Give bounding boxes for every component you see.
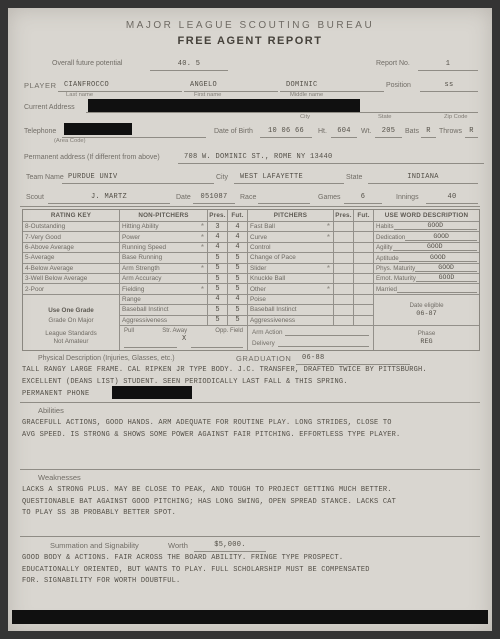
team-city-label: City: [216, 174, 228, 181]
word-description-cell: AgilityGOOD: [374, 243, 479, 253]
telephone-label: Telephone: [24, 128, 56, 135]
word-description-cell: Phys. MaturityGOOD: [374, 264, 479, 274]
ofp-label: Overall future potential: [52, 60, 122, 67]
arm-action-label: Arm Action: [252, 329, 282, 336]
present-grade-cell: 5: [208, 264, 228, 274]
ofp-row: Overall future potential 40. 5 Report No…: [8, 58, 492, 71]
word-description-value: GOOD: [416, 274, 477, 282]
non-pitcher-skill-cell: Baseball Instinct: [120, 305, 208, 315]
pitcher-skill-cell: Knuckle Ball: [248, 274, 334, 284]
permanent-address-row: Permanent address (If different from abo…: [8, 152, 492, 165]
team-name-value: PURDUE UNIV: [62, 172, 214, 184]
skill-label: Arm Accuracy: [122, 275, 161, 282]
word-description-label: Dedication: [376, 234, 405, 241]
games-label: Games: [318, 194, 341, 201]
throws-label: Throws: [439, 128, 462, 135]
word-description-label: Habits: [376, 223, 394, 230]
height-value: 604: [331, 126, 357, 138]
report-page: MAJOR LEAGUE SCOUTING BUREAU FREE AGENT …: [8, 8, 492, 631]
divider-above-table: [20, 206, 480, 207]
scan-background: { "header": { "bureau": "MAJOR LEAGUE SC…: [0, 0, 500, 639]
weight-label: Wt.: [361, 128, 372, 135]
pitcher-future-grade-cell: [354, 316, 374, 326]
zip-caption: Zip Code: [444, 114, 468, 120]
league-standards-label: League Standards: [45, 330, 96, 338]
ratings-header-cell: RATING KEY: [23, 210, 120, 222]
throws-value: R: [465, 126, 478, 138]
word-description-value: [397, 285, 477, 293]
future-grade-cell: 5: [228, 274, 248, 284]
skill-label: Fast Ball: [250, 223, 275, 230]
key-category-star-icon: *: [327, 285, 331, 294]
pitcher-skill-cell: Slider*: [248, 264, 334, 274]
area-code-caption: (Area Code): [54, 138, 86, 144]
ratings-table: RATING KEYNON-PITCHERSPres.Fut.PITCHERSP…: [22, 209, 480, 351]
current-address-redaction: [88, 99, 360, 112]
graduation-value: 06-88: [296, 353, 410, 365]
team-row: Team Name PURDUE UNIV City WEST LAFAYETT…: [8, 172, 492, 185]
pitcher-future-grade-cell: [354, 274, 374, 284]
pitcher-future-grade-cell: [354, 284, 374, 294]
present-grade-cell: 4: [208, 232, 228, 242]
rating-key-cell: 8-Outstanding: [23, 222, 120, 232]
weaknesses-label: Weaknesses: [38, 473, 81, 482]
pitcher-present-grade-cell: [334, 264, 354, 274]
pitcher-present-grade-cell: [334, 253, 354, 263]
batting-underlines: [124, 344, 243, 348]
skill-label: Running Speed: [122, 244, 166, 251]
physical-text: TALL RANGY LARGE FRAME. CAL RIPKEN JR TY…: [22, 365, 480, 388]
city-caption: City: [300, 114, 310, 120]
rating-key-cell: 2-Poor: [23, 284, 120, 294]
abilities-text: GRACEFULL ACTIONS, GOOD HANDS. ARM ADEQU…: [22, 418, 480, 441]
permanent-phone-redaction: [112, 386, 192, 399]
first-name-caption: First name: [194, 92, 221, 98]
race-label: Race: [240, 194, 256, 201]
pitcher-future-grade-cell: [354, 243, 374, 253]
key-category-star-icon: *: [201, 285, 205, 294]
non-pitcher-skill-cell: Hitting Ability*: [120, 222, 208, 232]
non-pitcher-skill-cell: Running Speed*: [120, 243, 208, 253]
pitcher-future-grade-cell: [354, 253, 374, 263]
pitcher-skill-cell: Fast Ball*: [248, 222, 334, 232]
summation-label: Summation and Signability: [50, 541, 139, 550]
last-name-caption: Last name: [66, 92, 93, 98]
team-city-value: WEST LAFAYETTE: [234, 172, 344, 184]
rating-key-cell: Grade On Major: [23, 316, 120, 326]
ratings-header-cell: PITCHERS: [248, 210, 334, 222]
present-grade-cell: 4: [208, 295, 228, 305]
date-value: 051087: [193, 192, 235, 204]
innings-label: Innings: [396, 194, 419, 201]
skill-label: Fielding: [122, 286, 144, 293]
dob-value: 10 06 66: [260, 126, 312, 138]
skill-label: Baseball Instinct: [122, 306, 169, 313]
present-grade-cell: 4: [208, 243, 228, 253]
worth-label: Worth: [168, 541, 188, 550]
key-category-star-icon: *: [201, 233, 205, 242]
abilities-label: Abilities: [38, 406, 64, 415]
word-description-value: GOOD: [394, 222, 477, 230]
weaknesses-text: LACKS A STRONG PLUS. MAY BE CLOSE TO PEA…: [22, 485, 480, 520]
opposite-field-label: Opp. Field: [215, 328, 243, 334]
present-grade-cell: 5: [208, 274, 228, 284]
skill-label: Knuckle Ball: [250, 275, 285, 282]
divider-abilities: [20, 402, 480, 403]
word-description-cell: Emot. MaturityGOOD: [374, 274, 479, 284]
divider-weaknesses: [20, 469, 480, 470]
word-description-value: GOOD: [393, 243, 477, 251]
phase-cell: PhaseREG: [374, 326, 479, 350]
summation-section: Summation and Signability Worth $5,000. …: [8, 540, 492, 602]
future-grade-cell: 5: [228, 264, 248, 274]
rating-key-cell: 5-Average: [23, 253, 120, 263]
skill-label: Slider: [250, 265, 266, 272]
report-no-label: Report No.: [376, 60, 410, 67]
non-pitcher-skill-cell: Fielding*: [120, 284, 208, 294]
pitcher-skill-cell: Control: [248, 243, 334, 253]
race-value: [258, 192, 310, 204]
present-grade-cell: 5: [208, 316, 228, 326]
pitcher-present-grade-cell: [334, 274, 354, 284]
key-category-star-icon: *: [201, 264, 205, 273]
ofp-value: 40. 5: [150, 59, 228, 71]
player-first-name: ANGELO: [184, 80, 278, 92]
pitcher-skill-cell: Other*: [248, 284, 334, 294]
date-eligible-cell: Date eligible06-87: [374, 295, 479, 326]
future-grade-cell: 5: [228, 253, 248, 263]
date-eligible-value: 06-87: [416, 310, 436, 318]
delivery-label: Delivery: [252, 340, 275, 347]
bureau-title: MAJOR LEAGUE SCOUTING BUREAU: [8, 20, 492, 31]
permanent-address-value: 708 W. DOMINIC ST., ROME NY 13440: [178, 152, 484, 164]
phase-value: REG: [420, 338, 432, 346]
straight-away-label: Str. Away: [162, 328, 187, 334]
telephone-redaction: [64, 123, 132, 135]
word-description-label: Married: [376, 286, 397, 293]
key-category-star-icon: *: [201, 243, 205, 252]
not-amateur-label: Not Amateur: [54, 338, 89, 346]
skill-label: Aggressiveness: [122, 317, 167, 324]
pull-label: Pull: [124, 328, 134, 334]
player-last-name: CIANFROCCO: [58, 80, 182, 92]
arm-action-delivery-cell: Arm ActionDelivery: [248, 326, 374, 350]
pitcher-future-grade-cell: [354, 222, 374, 232]
innings-value: 40: [426, 192, 478, 204]
non-pitcher-skill-cell: Arm Strength*: [120, 264, 208, 274]
summation-text: GOOD BODY & ACTIONS. FAIR ACROSS THE BOA…: [22, 553, 480, 588]
future-grade-cell: 5: [228, 316, 248, 326]
ratings-header-cell: Fut.: [354, 210, 374, 222]
middle-name-caption: Middle name: [290, 92, 323, 98]
position-label: Position: [386, 82, 411, 89]
skill-label: Power: [122, 234, 140, 241]
future-grade-cell: 5: [228, 284, 248, 294]
present-grade-cell: 5: [208, 253, 228, 263]
pitcher-future-grade-cell: [354, 232, 374, 242]
non-pitcher-skill-cell: Arm Accuracy: [120, 274, 208, 284]
bats-label: Bats: [405, 128, 419, 135]
rating-key-cell: Use One Grade: [23, 305, 120, 315]
word-description-value: GOOD: [415, 264, 477, 272]
non-pitcher-skill-cell: Power*: [120, 232, 208, 242]
pitcher-present-grade-cell: [334, 243, 354, 253]
skill-label: Poise: [250, 296, 266, 303]
skill-label: Curve: [250, 234, 267, 241]
team-name-label: Team Name: [26, 174, 64, 181]
rating-key-cell: 4-Below Average: [23, 264, 120, 274]
rating-key-footer-cell: League StandardsNot Amateur: [23, 326, 120, 350]
rating-key-cell: 7-Very Good: [23, 232, 120, 242]
player-label: PLAYER: [24, 81, 57, 90]
bottom-scan-bar: [12, 610, 488, 624]
word-description-label: Emot. Maturity: [376, 275, 416, 282]
non-pitcher-skill-cell: Aggressiveness: [120, 316, 208, 326]
skill-label: Baseball Instinct: [250, 306, 297, 313]
player-middle-name: DOMINIC: [280, 80, 384, 92]
word-description-cell: AptitudeGOOD: [374, 253, 479, 263]
skill-label: Control: [250, 244, 271, 251]
pitcher-future-grade-cell: [354, 305, 374, 315]
skill-label: Base Running: [122, 254, 162, 261]
date-label: Date: [176, 194, 191, 201]
future-grade-cell: 5: [228, 305, 248, 315]
ratings-header-cell: Pres.: [334, 210, 354, 222]
key-category-star-icon: *: [327, 222, 331, 231]
present-grade-cell: 5: [208, 284, 228, 294]
pitcher-present-grade-cell: [334, 316, 354, 326]
weight-value: 205: [375, 126, 402, 138]
batting-tendency-cell: PullStr. AwayOpp. FieldX: [120, 326, 248, 350]
word-description-value: GOOD: [405, 233, 477, 241]
non-pitcher-skill-cell: Range: [120, 295, 208, 305]
key-category-star-icon: *: [327, 264, 331, 273]
skill-label: Range: [122, 296, 141, 303]
abilities-section: Abilities GRACEFULL ACTIONS, GOOD HANDS.…: [8, 406, 492, 462]
worth-value: $5,000.: [194, 540, 266, 552]
state-caption: State: [378, 114, 392, 120]
date-eligible-label: Date eligible: [409, 302, 443, 309]
height-label: Ht.: [318, 128, 327, 135]
report-title: FREE AGENT REPORT: [8, 35, 492, 47]
ratings-header-cell: NON-PITCHERS: [120, 210, 208, 222]
future-grade-cell: 4: [228, 222, 248, 232]
team-state-value: INDIANA: [368, 172, 478, 184]
batting-tendency-labels: PullStr. AwayOpp. Field: [124, 328, 243, 334]
telephone-row: Telephone (Area Code) Date of Birth 10 0…: [8, 126, 492, 150]
word-description-label: Agility: [376, 244, 393, 251]
current-address-row: Current Address City State Zip Code: [8, 101, 492, 123]
rating-key-cell: [23, 295, 120, 305]
present-grade-cell: 3: [208, 222, 228, 232]
future-grade-cell: 4: [228, 232, 248, 242]
permanent-phone-label: PERMANENT PHONE: [22, 390, 90, 398]
dob-label: Date of Birth: [214, 128, 253, 135]
skill-label: Other: [250, 286, 266, 293]
weaknesses-section: Weaknesses LACKS A STRONG PLUS. MAY BE C…: [8, 473, 492, 531]
scout-row: Scout J. MARTZ Date 051087 Race Games 6 …: [8, 192, 492, 205]
scout-value: J. MARTZ: [48, 192, 170, 204]
word-description-value: GOOD: [399, 254, 477, 262]
pitcher-present-grade-cell: [334, 295, 354, 305]
current-address-label: Current Address: [24, 104, 75, 111]
word-description-cell: HabitsGOOD: [374, 222, 479, 232]
phase-label: Phase: [418, 330, 436, 337]
games-value: 6: [344, 192, 382, 204]
pitcher-future-grade-cell: [354, 295, 374, 305]
divider-summation: [20, 536, 480, 537]
pitcher-present-grade-cell: [334, 284, 354, 294]
future-grade-cell: 4: [228, 243, 248, 253]
present-grade-cell: 5: [208, 305, 228, 315]
physical-label: Physical Description (Injuries, Glasses,…: [38, 355, 175, 362]
pitcher-skill-cell: Poise: [248, 295, 334, 305]
key-category-star-icon: *: [201, 222, 205, 231]
permanent-address-label: Permanent address (If different from abo…: [24, 154, 160, 161]
rating-key-cell: 3-Well Below Average: [23, 274, 120, 284]
ratings-header-cell: Fut.: [228, 210, 248, 222]
key-category-star-icon: *: [327, 233, 331, 242]
scout-label: Scout: [26, 194, 44, 201]
non-pitcher-skill-cell: Base Running: [120, 253, 208, 263]
skill-label: Arm Strength: [122, 265, 160, 272]
skill-label: Aggressiveness: [250, 317, 295, 324]
word-description-label: Phys. Maturity: [376, 265, 415, 272]
future-grade-cell: 4: [228, 295, 248, 305]
ratings-header-cell: USE WORD DESCRIPTION: [374, 210, 479, 222]
team-state-label: State: [346, 174, 362, 181]
pitcher-present-grade-cell: [334, 222, 354, 232]
position-value: ss: [420, 80, 478, 92]
pitcher-skill-cell: Aggressiveness: [248, 316, 334, 326]
straight-away-mark: X: [182, 336, 243, 342]
pitcher-present-grade-cell: [334, 232, 354, 242]
pitcher-future-grade-cell: [354, 264, 374, 274]
word-description-label: Aptitude: [376, 255, 399, 262]
pitcher-present-grade-cell: [334, 305, 354, 315]
ratings-header-cell: Pres.: [208, 210, 228, 222]
pitcher-skill-cell: Baseball Instinct: [248, 305, 334, 315]
pitcher-skill-cell: Change of Pace: [248, 253, 334, 263]
graduation-label: GRADUATION: [236, 354, 291, 363]
bats-value: R: [421, 126, 436, 138]
word-description-cell: Married: [374, 284, 479, 294]
physical-section: Physical Description (Injuries, Glasses,…: [8, 353, 492, 401]
pitcher-skill-cell: Curve*: [248, 232, 334, 242]
rating-key-cell: 6-Above Average: [23, 243, 120, 253]
word-description-cell: DedicationGOOD: [374, 232, 479, 242]
skill-label: Change of Pace: [250, 254, 296, 261]
skill-label: Hitting Ability: [122, 223, 159, 230]
report-no-value: 1: [418, 59, 478, 71]
